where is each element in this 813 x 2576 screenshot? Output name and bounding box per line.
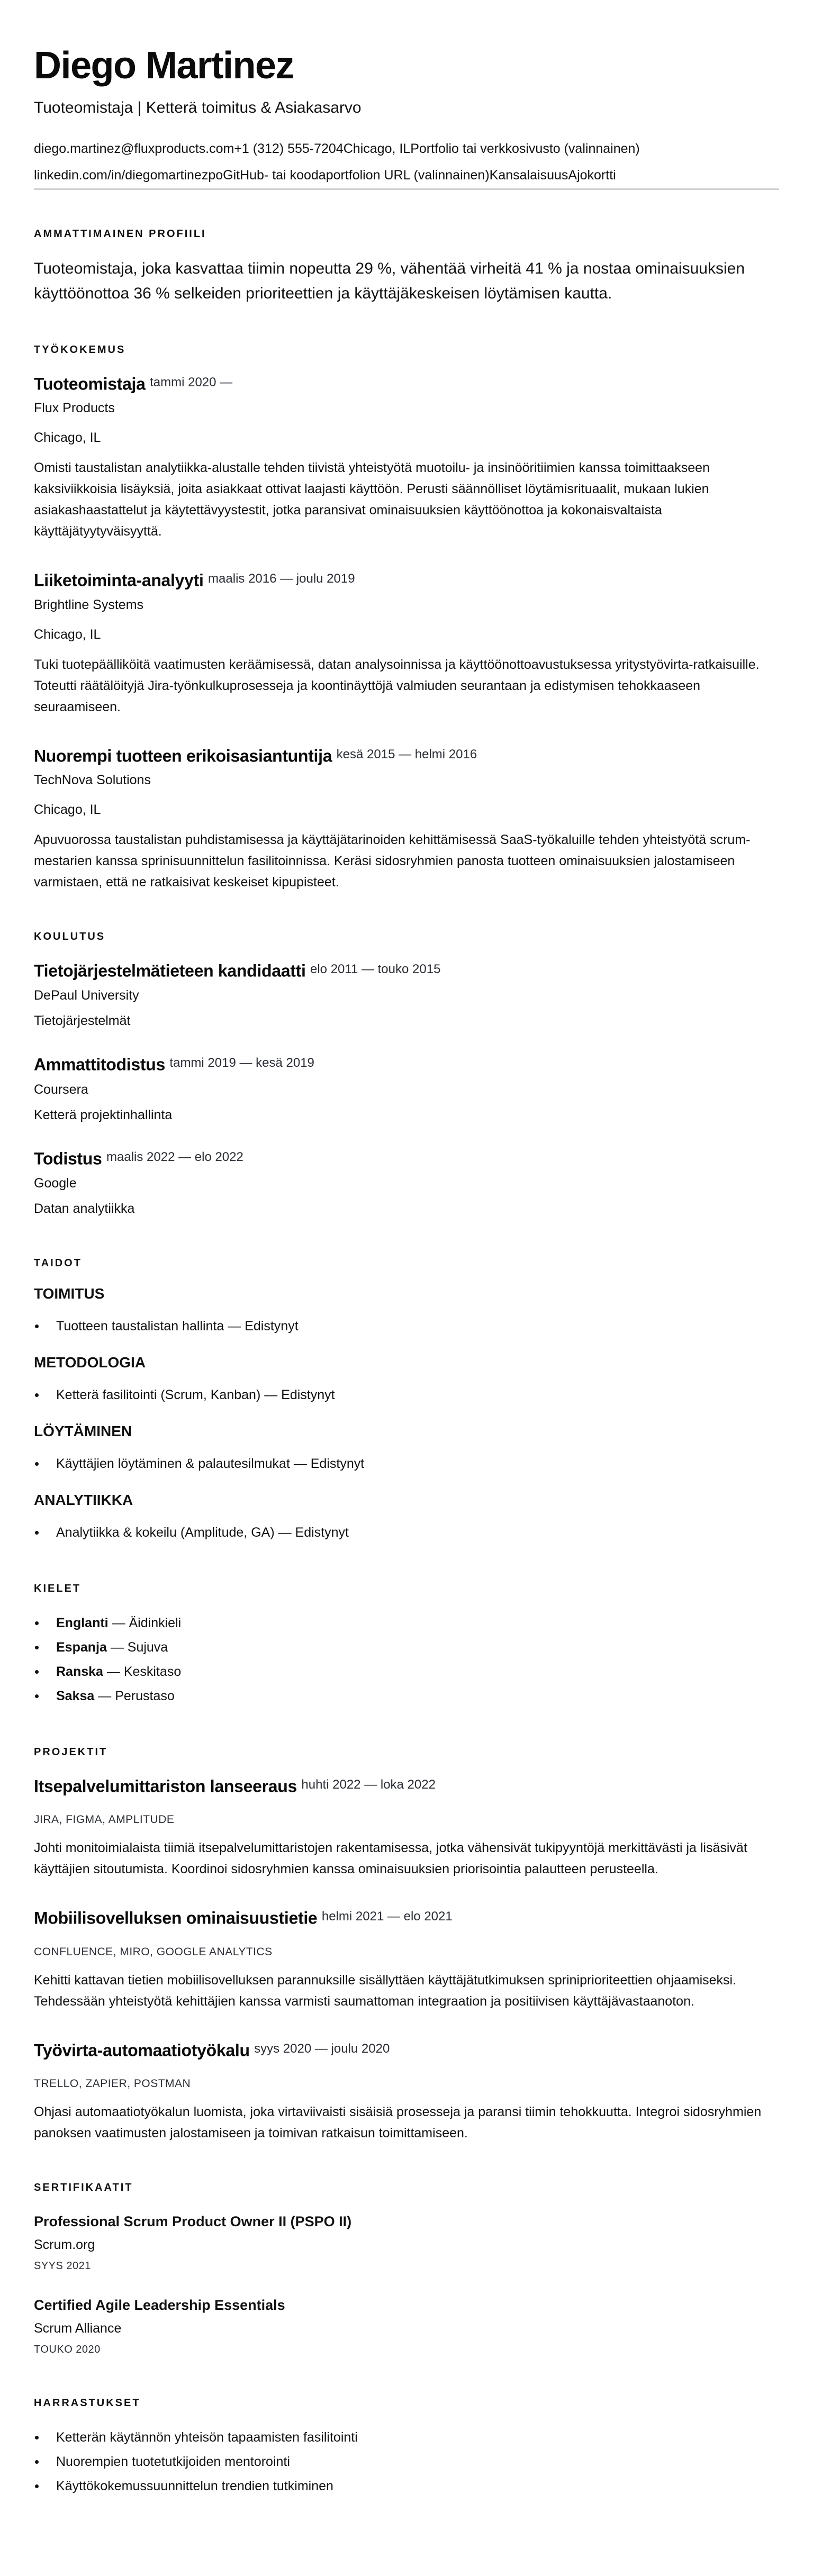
- company-name: Brightline Systems: [34, 595, 779, 615]
- entry-header: Nuorempi tuotteen erikoisasiantuntija ke…: [34, 744, 779, 770]
- project-description: Ohjasi automaatiotyökalun luomista, joka…: [34, 2101, 779, 2144]
- section-certifications: Sertifikaatit Professional Scrum Product…: [34, 2182, 779, 2359]
- interests-list: Ketterän käytännön yhteisön tapaamisten …: [34, 2425, 779, 2498]
- project-dates: huhti 2022 — loka 2022: [301, 1777, 436, 1792]
- section-title: Ammattimainen profiili: [34, 228, 779, 240]
- contact-info: diego.martinez@fluxproducts.com+1 (312) …: [34, 135, 779, 188]
- project-dates: syys 2020 — joulu 2020: [254, 2042, 390, 2056]
- certification-name: Certified Agile Leadership Essentials: [34, 2293, 779, 2317]
- section-skills: Taidot TOIMITUSTuotteen taustalistan hal…: [34, 1257, 779, 1545]
- language-item: Saksa — Perustaso: [34, 1684, 779, 1708]
- school-name: Google: [34, 1173, 779, 1194]
- candidate-name: Diego Martinez: [34, 41, 779, 90]
- language-name: Espanja: [56, 1640, 107, 1655]
- project-tools: CONFLUENCE, MIRO, GOOGLE ANALYTICS: [34, 1944, 779, 1960]
- entry-header: Todistus maalis 2022 — elo 2022: [34, 1147, 779, 1173]
- skill-group: LÖYTÄMINENKäyttäjien löytäminen & palaut…: [34, 1423, 779, 1476]
- job-description: Apuvuorossa taustalistan puhdistamisessa…: [34, 829, 779, 893]
- skill-items: Ketterä fasilitointi (Scrum, Kanban) — E…: [34, 1383, 779, 1407]
- education-entry: Todistus maalis 2022 — elo 2022GoogleDat…: [34, 1147, 779, 1219]
- skill-group: ANALYTIIKKAAnalytiikka & kokeilu (Amplit…: [34, 1492, 779, 1545]
- certification-date: SYYS 2021: [34, 2256, 779, 2275]
- skill-items: Tuotteen taustalistan hallinta — Edistyn…: [34, 1314, 779, 1338]
- job-dates: tammi 2020 —: [150, 375, 232, 389]
- job-location: Chicago, IL: [34, 428, 779, 448]
- project-tools: TRELLO, ZAPIER, POSTMAN: [34, 2076, 779, 2092]
- section-languages: Kielet Englanti — ÄidinkieliEspanja — Su…: [34, 1583, 779, 1708]
- language-level: — Äidinkieli: [109, 1616, 182, 1630]
- field-of-study: Ketterä projektinhallinta: [34, 1104, 779, 1126]
- interest-item: Ketterän käytännön yhteisön tapaamisten …: [34, 2425, 779, 2450]
- skill-item: Ketterä fasilitointi (Scrum, Kanban) — E…: [34, 1383, 779, 1407]
- job-title: Nuorempi tuotteen erikoisasiantuntija: [34, 746, 332, 765]
- drivers-license: Ajokortti: [568, 168, 616, 183]
- job-description: Tuki tuotepäälliköitä vaatimusten kerääm…: [34, 654, 779, 718]
- education-list: Tietojärjestelmätieteen kandidaatti elo …: [34, 959, 779, 1219]
- job-title: Tuoteomistaja: [34, 374, 146, 393]
- interest-item: Nuorempien tuotetutkijoiden mentorointi: [34, 2450, 779, 2474]
- project-dates: helmi 2021 — elo 2021: [322, 1909, 453, 1924]
- language-name: Englanti: [56, 1616, 109, 1630]
- language-level: — Perustaso: [94, 1689, 174, 1703]
- certification-entry: Professional Scrum Product Owner II (PSP…: [34, 2210, 779, 2275]
- portfolio-link[interactable]: Portfolio tai verkkosivusto (valinnainen…: [410, 141, 640, 156]
- section-interests: Harrastukset Ketterän käytännön yhteisön…: [34, 2397, 779, 2498]
- project-tools: JIRA, FIGMA, AMPLITUDE: [34, 1812, 779, 1828]
- certification-name: Professional Scrum Product Owner II (PSP…: [34, 2210, 779, 2233]
- profile-summary: Tuoteomistaja, joka kasvattaa tiimin nop…: [34, 256, 779, 306]
- education-entry: Ammattitodistus tammi 2019 — kesä 2019Co…: [34, 1053, 779, 1125]
- entry-header: Ammattitodistus tammi 2019 — kesä 2019: [34, 1053, 779, 1078]
- experience-entry: Liiketoiminta-analyyti maalis 2016 — jou…: [34, 568, 779, 717]
- language-level: — Keskitaso: [103, 1664, 181, 1679]
- language-item: Englanti — Äidinkieli: [34, 1611, 779, 1635]
- skill-item: Käyttäjien löytäminen & palautesilmukat …: [34, 1452, 779, 1476]
- skill-group: TOIMITUSTuotteen taustalistan hallinta —…: [34, 1285, 779, 1338]
- job-dates: kesä 2015 — helmi 2016: [337, 747, 477, 761]
- language-name: Saksa: [56, 1689, 94, 1703]
- language-item: Ranska — Keskitaso: [34, 1659, 779, 1684]
- degree-title: Todistus: [34, 1149, 102, 1168]
- section-title: Sertifikaatit: [34, 2182, 779, 2194]
- citizenship: Kansalaisuus: [490, 168, 568, 183]
- section-experience: Työkokemus Tuoteomistaja tammi 2020 —Flu…: [34, 344, 779, 893]
- languages-list: Englanti — ÄidinkieliEspanja — SujuvaRan…: [34, 1611, 779, 1708]
- github-link[interactable]: GitHub- tai koodaportfolion URL (valinna…: [223, 168, 490, 183]
- resume-header: Diego Martinez Tuoteomistaja | Ketterä t…: [34, 41, 779, 190]
- project-description: Johti monitoimialaista tiimiä itsepalvel…: [34, 1837, 779, 1880]
- linkedin-link[interactable]: linkedin.com/in/diegomartinezpo: [34, 168, 223, 183]
- section-title: Työkokemus: [34, 344, 779, 356]
- skill-item: Analytiikka & kokeilu (Amplitude, GA) — …: [34, 1520, 779, 1545]
- header-divider: [34, 188, 779, 190]
- entry-header: Itsepalvelumittariston lanseeraus huhti …: [34, 1774, 779, 1800]
- skill-category: TOIMITUS: [34, 1285, 779, 1302]
- experience-list: Tuoteomistaja tammi 2020 —Flux ProductsC…: [34, 372, 779, 893]
- education-dates: tammi 2019 — kesä 2019: [169, 1056, 314, 1070]
- section-title: Koulutus: [34, 931, 779, 943]
- education-entry: Tietojärjestelmätieteen kandidaatti elo …: [34, 959, 779, 1031]
- entry-header: Tietojärjestelmätieteen kandidaatti elo …: [34, 959, 779, 985]
- skill-item: Tuotteen taustalistan hallinta — Edistyn…: [34, 1314, 779, 1338]
- project-name: Itsepalvelumittariston lanseeraus: [34, 1776, 297, 1795]
- school-name: DePaul University: [34, 985, 779, 1006]
- experience-entry: Tuoteomistaja tammi 2020 —Flux ProductsC…: [34, 372, 779, 542]
- certification-issuer: Scrum Alliance: [34, 2317, 779, 2340]
- school-name: Coursera: [34, 1079, 779, 1100]
- language-item: Espanja — Sujuva: [34, 1635, 779, 1659]
- job-location: Chicago, IL: [34, 624, 779, 645]
- entry-header: Työvirta-automaatiotyökalu syys 2020 — j…: [34, 2038, 779, 2064]
- skill-category: METODOLOGIA: [34, 1354, 779, 1371]
- skill-category: ANALYTIIKKA: [34, 1492, 779, 1509]
- certification-issuer: Scrum.org: [34, 2233, 779, 2256]
- headline: Tuoteomistaja | Ketterä toimitus & Asiak…: [34, 97, 779, 119]
- language-name: Ranska: [56, 1664, 103, 1679]
- job-dates: maalis 2016 — joulu 2019: [208, 572, 355, 586]
- certifications-list: Professional Scrum Product Owner II (PSP…: [34, 2210, 779, 2359]
- location: Chicago, IL: [344, 141, 410, 156]
- company-name: Flux Products: [34, 398, 779, 418]
- field-of-study: Datan analytiikka: [34, 1198, 779, 1219]
- project-name: Mobiilisovelluksen ominaisuustietie: [34, 1909, 317, 1928]
- project-entry: Työvirta-automaatiotyökalu syys 2020 — j…: [34, 2038, 779, 2144]
- project-entry: Mobiilisovelluksen ominaisuustietie helm…: [34, 1906, 779, 2011]
- skill-category: LÖYTÄMINEN: [34, 1423, 779, 1440]
- skills-list: TOIMITUSTuotteen taustalistan hallinta —…: [34, 1285, 779, 1545]
- contact-row-2: linkedin.com/in/diegomartinezpoGitHub- t…: [34, 162, 779, 188]
- section-education: Koulutus Tietojärjestelmätieteen kandida…: [34, 931, 779, 1219]
- entry-header: Mobiilisovelluksen ominaisuustietie helm…: [34, 1906, 779, 1932]
- job-description: Omisti taustalistan analytiikka-alustall…: [34, 457, 779, 542]
- degree-title: Tietojärjestelmätieteen kandidaatti: [34, 961, 306, 980]
- degree-title: Ammattitodistus: [34, 1055, 165, 1074]
- email-link[interactable]: diego.martinez@fluxproducts.com: [34, 141, 234, 156]
- section-profile: Ammattimainen profiili Tuoteomistaja, jo…: [34, 228, 779, 306]
- skill-group: METODOLOGIAKetterä fasilitointi (Scrum, …: [34, 1354, 779, 1407]
- skill-items: Analytiikka & kokeilu (Amplitude, GA) — …: [34, 1520, 779, 1545]
- section-title: Taidot: [34, 1257, 779, 1269]
- job-title: Liiketoiminta-analyyti: [34, 571, 204, 590]
- certification-date: TOUKO 2020: [34, 2340, 779, 2359]
- section-projects: Projektit Itsepalvelumittariston lanseer…: [34, 1746, 779, 2144]
- language-level: — Sujuva: [107, 1640, 168, 1655]
- company-name: TechNova Solutions: [34, 770, 779, 790]
- section-title: Projektit: [34, 1746, 779, 1758]
- phone[interactable]: +1 (312) 555-7204: [234, 141, 343, 156]
- entry-header: Liiketoiminta-analyyti maalis 2016 — jou…: [34, 568, 779, 594]
- education-dates: maalis 2022 — elo 2022: [106, 1150, 243, 1164]
- job-location: Chicago, IL: [34, 800, 779, 820]
- contact-row-1: diego.martinez@fluxproducts.com+1 (312) …: [34, 135, 779, 162]
- resume-page: Diego Martinez Tuoteomistaja | Ketterä t…: [0, 0, 813, 2519]
- education-dates: elo 2011 — touko 2015: [310, 962, 440, 976]
- section-title: Kielet: [34, 1583, 779, 1595]
- project-description: Kehitti kattavan tietien mobiilisovelluk…: [34, 1970, 779, 2012]
- project-entry: Itsepalvelumittariston lanseeraus huhti …: [34, 1774, 779, 1880]
- interest-item: Käyttökokemussuunnittelun trendien tutki…: [34, 2474, 779, 2498]
- certification-entry: Certified Agile Leadership EssentialsScr…: [34, 2293, 779, 2359]
- section-title: Harrastukset: [34, 2397, 779, 2409]
- field-of-study: Tietojärjestelmät: [34, 1010, 779, 1031]
- skill-items: Käyttäjien löytäminen & palautesilmukat …: [34, 1452, 779, 1476]
- experience-entry: Nuorempi tuotteen erikoisasiantuntija ke…: [34, 744, 779, 893]
- entry-header: Tuoteomistaja tammi 2020 —: [34, 372, 779, 398]
- projects-list: Itsepalvelumittariston lanseeraus huhti …: [34, 1774, 779, 2144]
- project-name: Työvirta-automaatiotyökalu: [34, 2040, 250, 2060]
